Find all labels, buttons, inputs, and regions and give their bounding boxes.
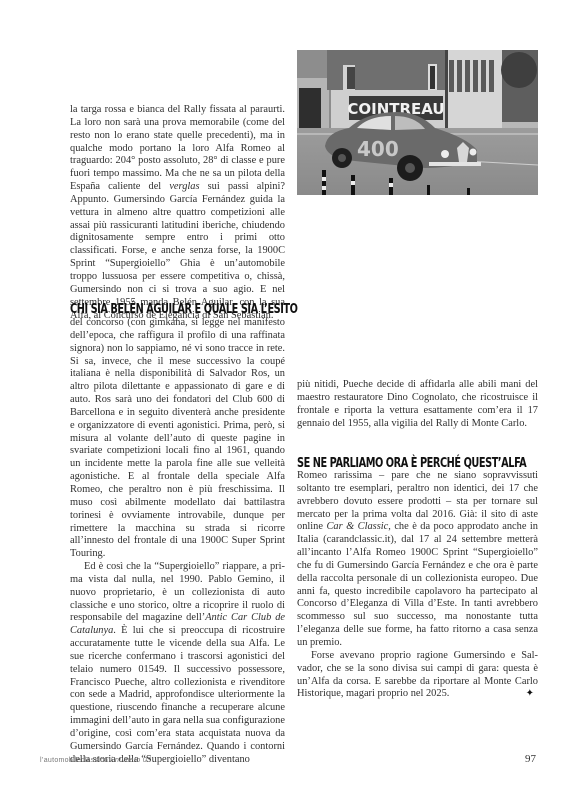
- paragraph-text: , che è da poco approdato an­che in Ital…: [297, 521, 538, 648]
- italic-term: verglas: [169, 181, 199, 192]
- article-column-left-intro: la targa rossa e bianca del Rally fissat…: [70, 104, 285, 322]
- end-of-article-icon: ✦: [512, 688, 534, 701]
- paragraph-text: Forse avevano proprio ragione Gumersindo…: [297, 650, 538, 700]
- article-column-right-top: più nitidi, Pueche decide di affidarla a…: [297, 379, 538, 430]
- footer-publication: l’automobileclassica / numero 03: [40, 757, 151, 764]
- paragraph-text: la targa rossa e bianca del Rally fissat…: [70, 104, 285, 192]
- article-column-right-main: Romeo rarissima – pare che ne siano sopr…: [297, 470, 538, 701]
- article-paragraph: più nitidi, Pueche decide di affidarla a…: [297, 379, 538, 430]
- car-number-400: 400: [357, 137, 399, 161]
- magazine-page: COINTREAU 400: [0, 0, 580, 787]
- rally-car-image: COINTREAU 400: [297, 50, 538, 195]
- page-number: 97: [525, 753, 536, 765]
- section-heading-belen-aguilar: CHI SIA BELÉN AGUILAR E QUALE SIA L’ESIT…: [70, 302, 298, 317]
- italic-site-name: Car & Classic: [326, 521, 388, 532]
- issue-number: numero 03: [115, 757, 151, 764]
- article-paragraph: del concorso (con gimkana, si legge nel …: [70, 317, 285, 561]
- section-heading-se-ne-parliamo: SE NE PARLIAMO ORA È PERCHÉ QUEST’ALFA: [297, 456, 526, 471]
- article-paragraph: Forse avevano proprio ragione Gumersindo…: [297, 650, 538, 701]
- car-photo: COINTREAU 400: [297, 50, 538, 195]
- paragraph-text: . È lui che si preoccupa di ricostruire …: [70, 625, 285, 764]
- article-paragraph: Romeo rarissima – pare che ne siano sopr…: [297, 470, 538, 650]
- paragraph-text: sui passi alpini? Appunto. Gumersindo Ga…: [70, 181, 285, 320]
- publication-name: l’automobileclassica /: [40, 757, 115, 764]
- article-paragraph: Ed è così che la “Supergioiello” riappar…: [70, 561, 285, 767]
- article-column-left-main: del concorso (con gimkana, si legge nel …: [70, 317, 285, 767]
- article-paragraph: la targa rossa e bianca del Rally fissat…: [70, 104, 285, 322]
